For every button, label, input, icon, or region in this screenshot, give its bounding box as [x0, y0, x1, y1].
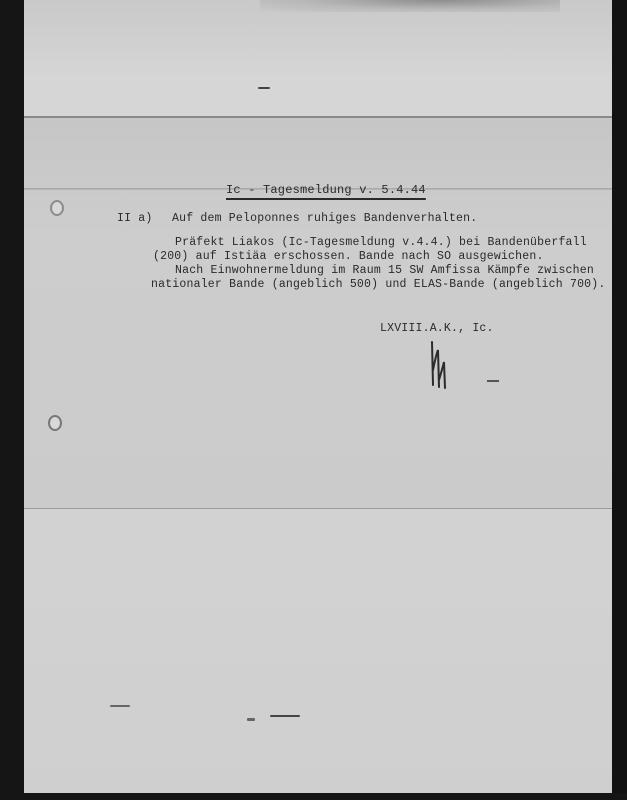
scan-shadow — [260, 0, 560, 12]
scan-speck — [270, 715, 300, 717]
body-line-2: Präfekt Liakos (Ic-Tagesmeldung v.4.4.) … — [175, 236, 587, 249]
body-line-5: nationaler Bande (angeblich 500) und ELA… — [151, 278, 605, 291]
section-label: II a) — [117, 212, 153, 225]
signature-icon — [428, 340, 452, 390]
punch-hole-icon — [48, 415, 62, 431]
margin-mark — [487, 380, 499, 382]
scan-speck — [258, 87, 270, 89]
punch-hole-icon — [50, 200, 64, 216]
scan-right-border — [612, 0, 627, 800]
scan-speck — [110, 705, 130, 707]
scan-left-border — [0, 0, 24, 800]
document-title: Ic - Tagesmeldung v. 5.4.44 — [226, 183, 426, 197]
sender-line: LXVIII.A.K., Ic. — [380, 322, 494, 335]
body-line-4: Nach Einwohnermeldung im Raum 15 SW Amfi… — [175, 264, 594, 277]
scan-bottom-border — [0, 793, 627, 800]
body-line-3: (200) auf Istiäa erschossen. Bande nach … — [153, 250, 544, 263]
scan-speck — [247, 718, 255, 721]
body-line-1: Auf dem Peloponnes ruhiges Bandenverhalt… — [172, 212, 477, 225]
document-sheet — [24, 116, 617, 508]
